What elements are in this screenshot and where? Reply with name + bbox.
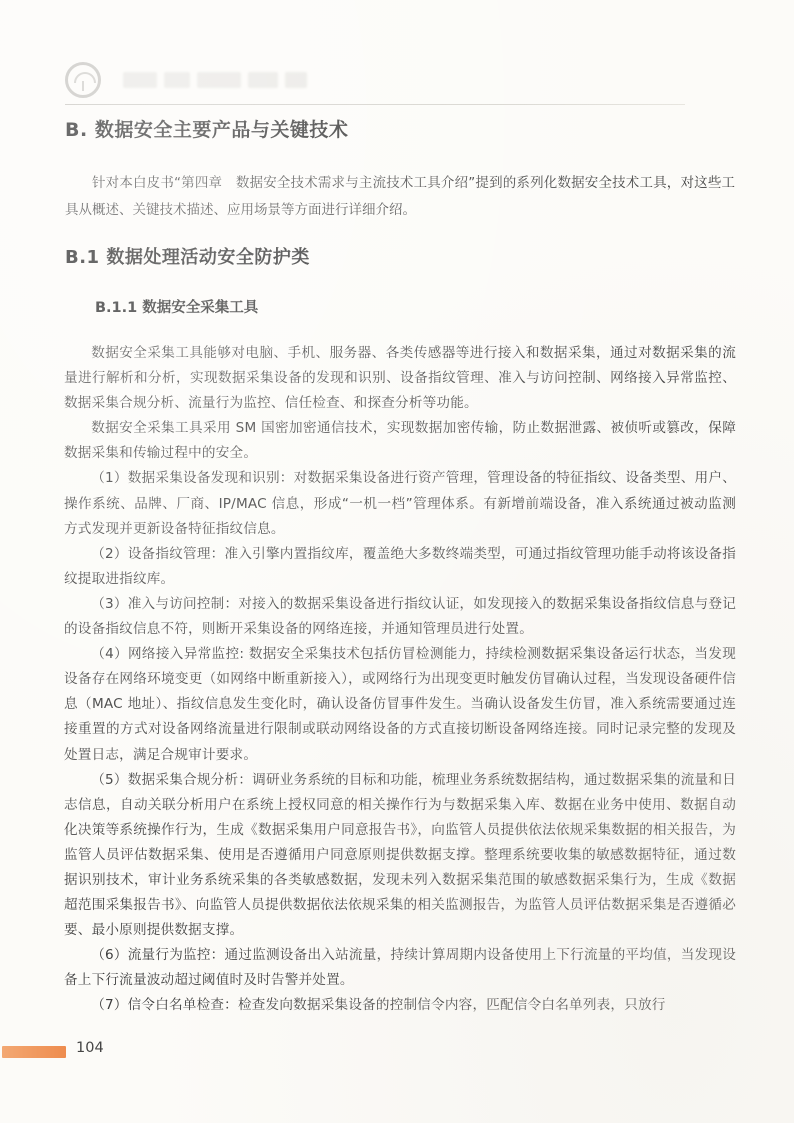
page-number: 104 [76, 1040, 104, 1056]
page-header [65, 60, 685, 106]
watermark-fragment [285, 72, 307, 88]
body-paragraph: （3）准入与访问控制：对接入的数据采集设备进行指纹认证，如发现接入的数据采集设备… [64, 592, 736, 642]
footer-accent-bar [2, 1046, 66, 1058]
body-text-block: 数据安全采集工具能够对电脑、手机、服务器、各类传感器等进行接入和数据采集，通过对… [64, 341, 736, 1019]
watermark-fragment [197, 72, 241, 88]
body-paragraph: 数据安全采集工具能够对电脑、手机、服务器、各类传感器等进行接入和数据采集，通过对… [64, 341, 736, 416]
body-paragraph: （1）数据采集设备发现和识别：对数据采集设备进行资产管理，管理设备的特征指纹、设… [64, 466, 736, 541]
organization-logo-icon [65, 62, 101, 98]
header-divider [65, 104, 685, 105]
header-watermark-text [123, 72, 307, 88]
body-paragraph: （7）信令白名单检查：检查发向数据采集设备的控制信令内容，匹配信令白名单列表，只… [64, 993, 736, 1018]
watermark-fragment [164, 72, 190, 88]
watermark-fragment [248, 72, 278, 88]
body-paragraph: （6）流量行为监控：通过监测设备出入站流量，持续计算周期内设备使用上下行流量的平… [64, 943, 736, 993]
body-paragraph: （5）数据采集合规分析：调研业务系统的目标和功能，梳理业务系统数据结构，通过数据… [64, 768, 736, 944]
body-paragraph: 数据安全采集工具采用 SM 国密加密通信技术，实现数据加密传输，防止数据泄露、被… [64, 416, 736, 466]
subsection-heading: B.1.1 数据安全采集工具 [95, 296, 258, 317]
section-heading: B.1 数据处理活动安全防护类 [65, 243, 310, 269]
body-paragraph: （2）设备指纹管理：准入引擎内置指纹库，覆盖绝大多数终端类型，可通过指纹管理功能… [64, 542, 736, 592]
document-page: B. 数据安全主要产品与关键技术 针对本白皮书“第四章 数据安全技术需求与主流技… [0, 0, 794, 1123]
watermark-fragment [123, 72, 157, 88]
chapter-title: B. 数据安全主要产品与关键技术 [65, 115, 348, 142]
body-paragraph: （4）网络接入异常监控: 数据安全采集技术包括仿冒检测能力，持续检测数据采集设备… [64, 642, 736, 767]
intro-paragraph: 针对本白皮书“第四章 数据安全技术需求与主流技术工具介绍”提到的系列化数据安全技… [65, 170, 735, 224]
